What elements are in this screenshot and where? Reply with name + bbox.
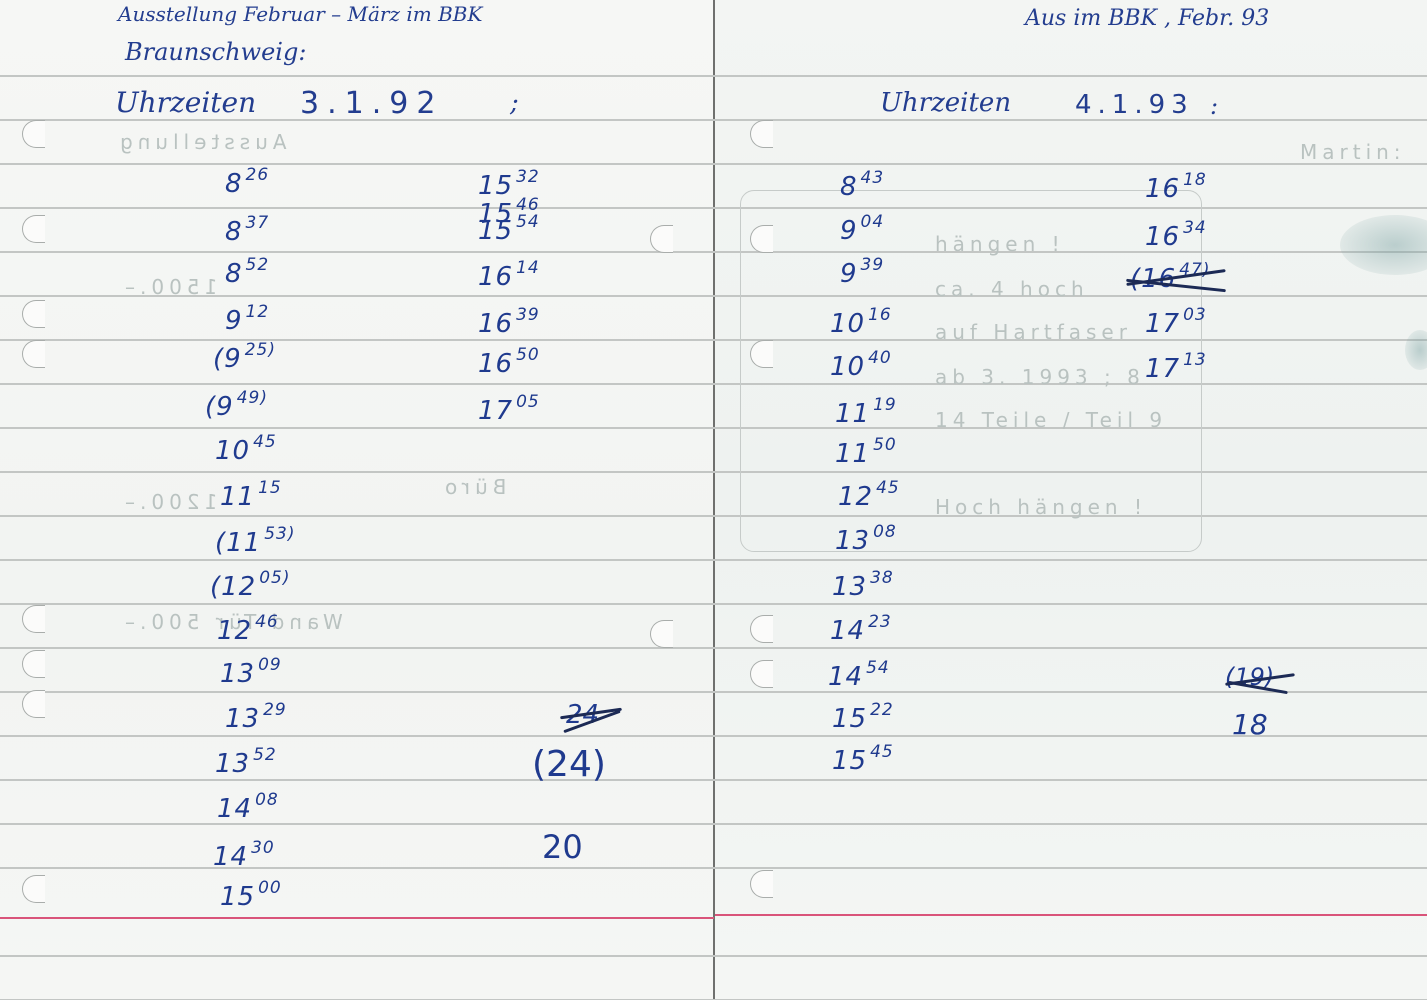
binder-hole — [750, 660, 773, 688]
time-entry: 837 — [225, 213, 269, 247]
time-entry: 1650 — [478, 345, 540, 379]
ghost-text: Ausstellung — [115, 130, 287, 154]
left-margin-red-line — [0, 917, 714, 919]
time-entry: 1308 — [835, 522, 897, 556]
time-entry: 1329 — [225, 700, 287, 734]
binder-hole — [750, 870, 773, 898]
time-minute: 22 — [870, 700, 894, 720]
time-minute: 08 — [873, 522, 897, 542]
time-entry: 1245 — [838, 478, 900, 512]
time-hour: 14 — [213, 842, 248, 872]
time-minute: 32 — [516, 167, 540, 187]
time-hour: 10 — [215, 436, 250, 466]
time-minute: 34 — [1183, 218, 1207, 238]
time-hour: 10 — [830, 309, 865, 339]
ruled-line — [0, 427, 1427, 429]
ghost-note: Martin: — [1300, 140, 1406, 164]
time-entry: 1430 — [213, 838, 275, 872]
time-entry: 1703 — [1145, 305, 1207, 339]
ruled-line — [0, 779, 1427, 781]
time-hour: 13 — [215, 749, 250, 779]
left-title-date: 3.1.92 — [300, 86, 443, 121]
time-minute: 38 — [870, 568, 894, 588]
time-hour: 14 — [828, 662, 863, 692]
time-hour: 15 — [478, 216, 513, 246]
time-entry: 1408 — [217, 790, 279, 824]
time-minute: 00 — [258, 878, 282, 898]
right-title-date: 4.1.93 — [1075, 90, 1194, 120]
time-hour: 15 — [832, 746, 867, 776]
time-hour: 10 — [830, 352, 865, 382]
ruled-line — [0, 955, 1427, 957]
time-minute: 50 — [516, 345, 540, 365]
time-hour: 16 — [478, 349, 513, 379]
ghost-note: ca. 4 hoch — [935, 277, 1089, 301]
time-minute: 46 — [255, 612, 279, 632]
time-minute: 09 — [258, 655, 282, 675]
binder-hole — [22, 340, 45, 368]
time-hour: 9 — [840, 259, 858, 289]
time-hour: 11 — [835, 439, 870, 469]
time-entry: 852 — [225, 255, 269, 289]
time-entry: 1115 — [220, 478, 282, 512]
time-minute: 30 — [251, 838, 275, 858]
time-hour: 13 — [835, 526, 870, 556]
right-title-colon: : — [1210, 92, 1218, 120]
binder-hole — [22, 650, 45, 678]
ghost-note: 14 Teile / Teil 9 — [935, 408, 1167, 432]
time-hour: 12 — [217, 616, 252, 646]
ruled-line — [0, 251, 1427, 253]
ruled-line — [0, 515, 1427, 517]
time-hour: 8 — [225, 169, 243, 199]
time-minute: 39 — [516, 305, 540, 325]
time-minute: 37 — [246, 213, 270, 233]
time-entry: 1309 — [220, 655, 282, 689]
right-margin-red-line — [715, 914, 1427, 916]
time-hour: 17 — [1145, 354, 1180, 384]
time-entry: 1639 — [478, 305, 540, 339]
binder-hole — [650, 620, 673, 648]
time-entry: 1634 — [1145, 218, 1207, 252]
time-hour: 14 — [830, 616, 865, 646]
right-title-label: Uhrzeiten — [880, 88, 1011, 118]
time-entry: 1119 — [835, 395, 897, 429]
ruled-line — [0, 75, 1427, 77]
ruled-line — [0, 471, 1427, 473]
time-hour: 16 — [1145, 222, 1180, 252]
time-entry: 1705 — [478, 392, 540, 426]
time-minute: 08 — [255, 790, 279, 810]
time-hour: 12 — [838, 482, 873, 512]
time-entry: 1545 — [832, 742, 894, 776]
left-title-label: Uhrzeiten — [115, 86, 256, 119]
time-entry: 843 — [840, 168, 884, 202]
time-hour: 13 — [220, 659, 255, 689]
time-hour: 15 — [220, 882, 255, 912]
time-hour: 11 — [220, 482, 255, 512]
time-hour: 16 — [478, 309, 513, 339]
time-hour: 13 — [225, 704, 260, 734]
right-total-count: 18 — [1232, 708, 1268, 741]
ghost-note: auf Hartfaser — [935, 320, 1132, 344]
time-minute: 05 — [516, 392, 540, 412]
time-hour: 8 — [840, 172, 858, 202]
time-entry: 1554 — [478, 212, 540, 246]
left-title-colon: ; — [510, 88, 519, 118]
time-entry: 912 — [225, 302, 269, 336]
left-bracketed-count: (24) — [532, 744, 606, 785]
ruled-line — [0, 163, 1427, 165]
time-minute: 13 — [1183, 350, 1207, 370]
time-hour: 9 — [225, 306, 243, 336]
time-entry: (949) — [205, 388, 268, 422]
time-entry: 1150 — [835, 435, 897, 469]
ghost-text: 1200.– — [120, 490, 217, 514]
time-entry: 1338 — [832, 568, 894, 602]
ghost-note: hängen ! — [935, 232, 1065, 256]
time-entry: (1647) — [1130, 260, 1211, 294]
left-total-count: 20 — [542, 828, 583, 866]
time-hour: 13 — [832, 572, 867, 602]
time-entry: 1016 — [830, 305, 892, 339]
time-entry: (1153) — [215, 524, 296, 558]
time-entry: 1246 — [217, 612, 279, 646]
time-entry: 1500 — [220, 878, 282, 912]
time-minute: 19 — [873, 395, 897, 415]
time-minute: 25) — [245, 340, 276, 360]
time-hour: 8 — [225, 217, 243, 247]
time-minute: 14 — [516, 258, 540, 278]
time-hour: 9 — [840, 216, 858, 246]
time-minute: 52 — [246, 255, 270, 275]
time-minute: 43 — [861, 168, 885, 188]
time-hour: (12 — [210, 572, 256, 602]
time-minute: 54 — [516, 212, 540, 232]
time-entry: 1423 — [830, 612, 892, 646]
time-entry: (925) — [213, 340, 276, 374]
time-minute: 12 — [246, 302, 270, 322]
binder-hole — [22, 215, 45, 243]
time-minute: 54 — [866, 658, 890, 678]
ghost-text: Büro — [440, 475, 506, 499]
time-minute: 45 — [253, 432, 277, 452]
binder-hole — [22, 875, 45, 903]
left-header-line1: Ausstellung Februar – März im BBK — [118, 2, 482, 26]
left-notebook-page — [0, 0, 714, 1000]
binder-hole — [750, 615, 773, 643]
time-hour: 15 — [832, 704, 867, 734]
ruled-line — [0, 559, 1427, 561]
time-minute: 39 — [861, 255, 885, 275]
ghost-note: ab 3. 1993 ; 8 — [935, 365, 1145, 389]
time-minute: 29 — [263, 700, 287, 720]
time-entry: 1040 — [830, 348, 892, 382]
time-entry: 1454 — [828, 658, 890, 692]
time-entry: 904 — [840, 212, 884, 246]
binder-hole — [22, 690, 45, 718]
time-minute: 40 — [868, 348, 892, 368]
time-hour: 16 — [1145, 174, 1180, 204]
time-hour: 16 — [478, 262, 513, 292]
time-minute: 05) — [259, 568, 290, 588]
time-minute: 52 — [253, 745, 277, 765]
time-entry: 1618 — [1145, 170, 1207, 204]
time-entry: 1713 — [1145, 350, 1207, 384]
binder-hole — [22, 120, 45, 148]
left-header-line2: Braunschweig: — [125, 38, 306, 66]
right-header: Aus im BBK , Febr. 93 — [1025, 6, 1269, 31]
time-entry: 826 — [225, 165, 269, 199]
time-minute: 45 — [870, 742, 894, 762]
time-minute: 03 — [1183, 305, 1207, 325]
time-entry: 1614 — [478, 258, 540, 292]
time-entry: 1352 — [215, 745, 277, 779]
time-hour: (9 — [205, 392, 234, 422]
ruled-line — [0, 823, 1427, 825]
time-hour: 8 — [225, 259, 243, 289]
binder-hole — [22, 605, 45, 633]
ruled-line — [0, 207, 1427, 209]
ruled-line — [0, 735, 1427, 737]
time-entry: 1045 — [215, 432, 277, 466]
time-minute: 23 — [868, 612, 892, 632]
time-entry: (1205) — [210, 568, 291, 602]
time-hour: (9 — [213, 344, 242, 374]
binder-hole — [22, 300, 45, 328]
time-minute: 45 — [876, 478, 900, 498]
ruled-line — [0, 383, 1427, 385]
time-minute: 49) — [237, 388, 268, 408]
time-minute: 18 — [1183, 170, 1207, 190]
ruled-line — [0, 691, 1427, 693]
time-minute: 26 — [246, 165, 270, 185]
page-fold-divider — [713, 0, 715, 1000]
ink-stain — [1405, 330, 1427, 370]
binder-hole — [650, 225, 673, 253]
time-hour: 14 — [217, 794, 252, 824]
time-hour: 11 — [835, 399, 870, 429]
time-minute: 16 — [868, 305, 892, 325]
time-hour: 17 — [1145, 309, 1180, 339]
binder-hole — [750, 120, 773, 148]
ruled-line — [0, 647, 1427, 649]
time-entry: 1522 — [832, 700, 894, 734]
ghost-note: Hoch hängen ! — [935, 495, 1147, 519]
time-minute: 53) — [264, 524, 295, 544]
time-minute: 50 — [873, 435, 897, 455]
time-hour: 17 — [478, 396, 513, 426]
time-minute: 04 — [861, 212, 885, 232]
ruled-line — [0, 603, 1427, 605]
ghost-text: 1500.– — [120, 275, 217, 299]
time-minute: 15 — [258, 478, 282, 498]
time-hour: (11 — [215, 528, 261, 558]
time-entry: 939 — [840, 255, 884, 289]
